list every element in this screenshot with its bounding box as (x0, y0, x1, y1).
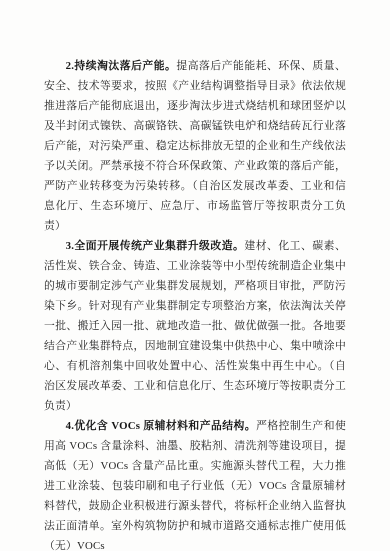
paragraph-4: 4.优化含 VOCs 原辅材料和产品结构。严格控制生产和使用高 VOCs 含量涂… (44, 416, 346, 551)
page-number: - 3 - (0, 502, 390, 512)
paragraph-2: 2.持续淘汰落后产能。提高落后产能能耗、环保、质量、安全、技术等要求，按照《产业… (44, 56, 346, 236)
document-body: 2.持续淘汰落后产能。提高落后产能能耗、环保、质量、安全、技术等要求，按照《产业… (44, 56, 346, 551)
paragraph-2-text: 提高落后产能能耗、环保、质量、安全、技术等要求，按照《产业结构调整指导目录》依法… (44, 60, 346, 232)
paragraph-4-text: 严格控制生产和使用高 VOCs 含量涂料、油墨、胶粘剂、清洗剂等建设项目，提高低… (44, 420, 346, 551)
paragraph-3-lead: 3.全面开展传统产业集群升级改造。 (66, 240, 245, 252)
paragraph-3-text: 建材、化工、碳素、活性炭、铁合金、铸造、工业涂装等中小型传统制造企业集中的城市要… (44, 240, 346, 412)
paragraph-3: 3.全面开展传统产业集群升级改造。建材、化工、碳素、活性炭、铁合金、铸造、工业涂… (44, 236, 346, 416)
paragraph-2-lead: 2.持续淘汰落后产能。 (66, 60, 177, 72)
document-page: 2.持续淘汰落后产能。提高落后产能能耗、环保、质量、安全、技术等要求，按照《产业… (0, 0, 390, 551)
paragraph-4-lead: 4.优化含 VOCs 原辅材料和产品结构。 (66, 420, 256, 432)
